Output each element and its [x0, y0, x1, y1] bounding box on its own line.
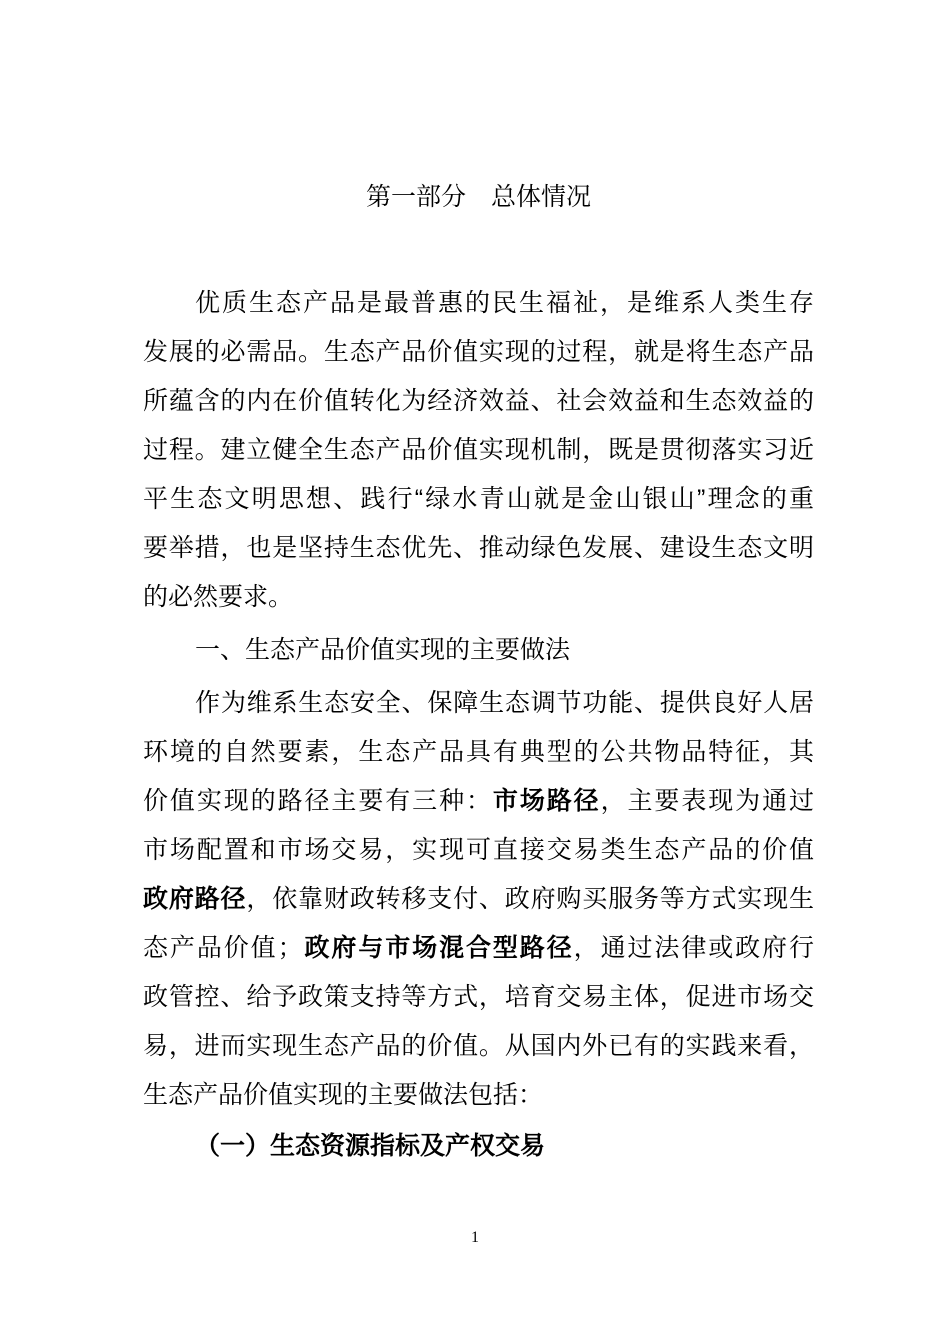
- text-run: 易，进而实现生态产品的价值。从国内外已有的实践来看，: [143, 1032, 814, 1060]
- heading-subsection-1: （一）生态资源指标及产权交易: [143, 1122, 814, 1171]
- text-line: 政管控、给予政策支持等方式，培育交易主体，促进市场交: [143, 973, 814, 1022]
- text-line: 作为维系生态安全、保障生态调节功能、提供良好人居: [143, 679, 814, 728]
- document-page: 第一部分 总体情况 优质生态产品是最普惠的民生福祉，是维系人类生存发展的必需品。…: [0, 0, 950, 1344]
- document-title: 第一部分 总体情况: [143, 173, 814, 221]
- text-line: 所蕴含的内在价值转化为经济效益、社会效益和生态效益的: [143, 377, 814, 426]
- text-run: 作为维系生态安全、保障生态调节功能、提供良好人居: [195, 689, 814, 717]
- text-run: 平生态文明思想、践行“绿水青山就是金山银山”理念的重: [143, 485, 814, 513]
- heading-section-1: 一、生态产品价值实现的主要做法: [143, 626, 814, 675]
- text-run: 生态产品价值实现的主要做法包括：: [143, 1081, 543, 1109]
- document-body: 优质生态产品是最普惠的民生福祉，是维系人类生存发展的必需品。生态产品价值实现的过…: [143, 279, 814, 1171]
- text-line: 易，进而实现生态产品的价值。从国内外已有的实践来看，: [143, 1022, 814, 1071]
- text-run-bold: 政府路径: [143, 885, 246, 913]
- text-run: ，依靠财政转移支付、政府购买服务等方式实现生: [246, 885, 814, 913]
- text-line: 发展的必需品。生态产品价值实现的过程，就是将生态产品: [143, 328, 814, 377]
- text-run-bold: （一）生态资源指标及产权交易: [195, 1132, 545, 1160]
- text-line: 过程。建立健全生态产品价值实现机制，既是贯彻落实习近: [143, 426, 814, 475]
- paragraph-pathways: 作为维系生态安全、保障生态调节功能、提供良好人居环境的自然要素，生态产品具有典型…: [143, 679, 814, 1120]
- text-run: 市场配置和市场交易，实现可直接交易类生态产品的价值: [143, 836, 814, 864]
- text-run: 价值实现的路径主要有三种：: [143, 787, 493, 815]
- paragraph-intro: 优质生态产品是最普惠的民生福祉，是维系人类生存发展的必需品。生态产品价值实现的过…: [143, 279, 814, 622]
- text-line: 要举措，也是坚持生态优先、推动绿色发展、建设生态文明: [143, 524, 814, 573]
- text-run: 环境的自然要素，生态产品具有典型的公共物品特征，其: [143, 738, 814, 766]
- text-run: ，通过法律或政府行: [574, 934, 814, 962]
- text-line: 优质生态产品是最普惠的民生福祉，是维系人类生存: [143, 279, 814, 328]
- text-run: 态产品价值；: [143, 934, 303, 962]
- text-run: 所蕴含的内在价值转化为经济效益、社会效益和生态效益的: [143, 387, 814, 415]
- text-line: 态产品价值；政府与市场混合型路径，通过法律或政府行: [143, 924, 814, 973]
- text-run: ，主要表现为通过: [601, 787, 814, 815]
- heading-line: （一）生态资源指标及产权交易: [143, 1122, 814, 1171]
- text-run-bold: 政府与市场混合型路径: [303, 934, 574, 962]
- text-run: 过程。建立健全生态产品价值实现机制，既是贯彻落实习近: [143, 436, 814, 464]
- text-run: 发展的必需品。生态产品价值实现的过程，就是将生态产品: [143, 338, 814, 366]
- heading-line: 一、生态产品价值实现的主要做法: [143, 626, 814, 675]
- text-run: 一、生态产品价值实现的主要做法: [195, 636, 570, 664]
- text-line: 环境的自然要素，生态产品具有典型的公共物品特征，其: [143, 728, 814, 777]
- text-line: 市场配置和市场交易，实现可直接交易类生态产品的价值: [143, 826, 814, 875]
- text-run: 优质生态产品是最普惠的民生福祉，是维系人类生存: [195, 289, 814, 317]
- text-line: 生态产品价值实现的主要做法包括：: [143, 1071, 814, 1120]
- text-line: 的必然要求。: [143, 573, 814, 622]
- text-line: 平生态文明思想、践行“绿水青山就是金山银山”理念的重: [143, 475, 814, 524]
- text-run-bold: 市场路径: [493, 787, 601, 815]
- page-number: 1: [0, 1228, 950, 1248]
- text-run: 要举措，也是坚持生态优先、推动绿色发展、建设生态文明: [143, 534, 814, 562]
- text-line: 价值实现的路径主要有三种：市场路径，主要表现为通过: [143, 777, 814, 826]
- text-run: 政管控、给予政策支持等方式，培育交易主体，促进市场交: [143, 983, 814, 1011]
- text-run: 的必然要求。: [143, 583, 293, 611]
- text-line: 政府路径，依靠财政转移支付、政府购买服务等方式实现生: [143, 875, 814, 924]
